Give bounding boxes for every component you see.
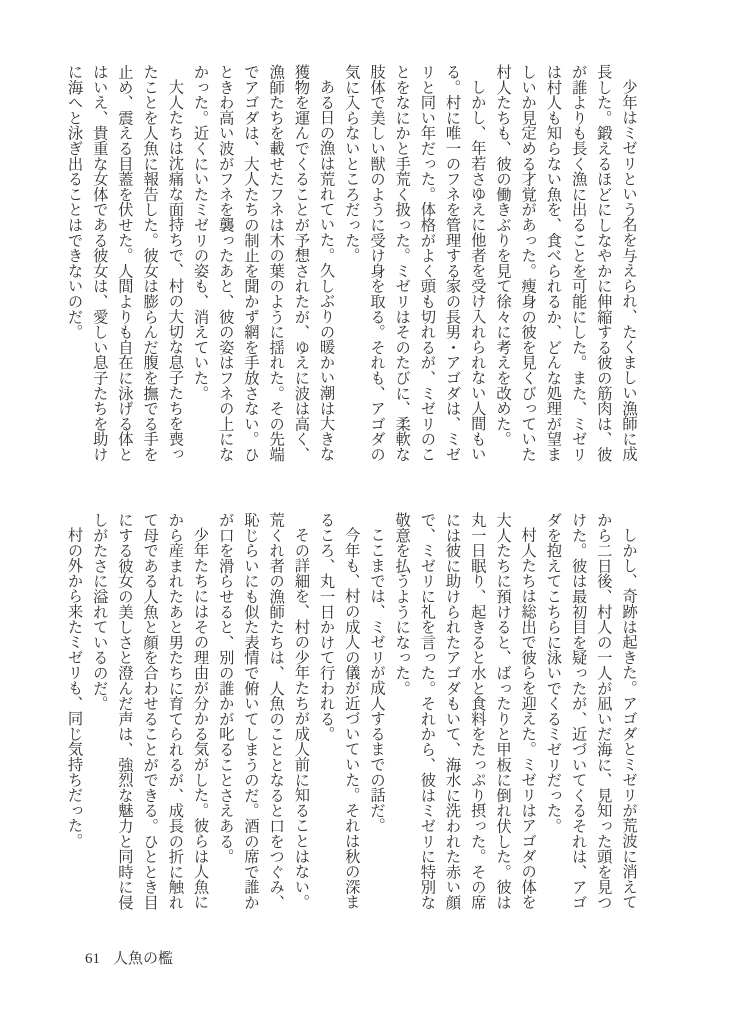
paragraph: 少年はミゼリという名を与えられ、たくましい漁師に成長した。鍛えるほどにしなやかに… <box>490 64 641 462</box>
text-block-top: 少年はミゼリという名を与えられ、たくましい漁師に成長した。鍛えるほどにしなやかに… <box>61 64 641 462</box>
running-title: 人魚の檻 <box>113 951 173 967</box>
paragraph: 村人たちは総出で彼らを迎えた。ミゼリはアゴダの体を大人たちに預けると、ばったりと… <box>389 512 540 910</box>
paragraph: ここまでは、ミゼリが成人するまでの話だ。 <box>364 512 389 910</box>
paragraph: その詳細を、村の少年たちが成人前に知ることはない。荒くれ者の漁師たちは、人魚のこ… <box>213 512 314 910</box>
paragraph: 今年も、村の成人の儀が近づいていた。それは秋の深まるころ、丸一日かけて行われる。 <box>313 512 363 910</box>
paragraph: 大人たちは沈痛な面持ちで、村の大切な息子たちを喪ったことを人魚に報告した。彼女は… <box>61 64 187 462</box>
paragraph: しかし、年若さゆえに他者を受け入れられない人間もいる。村に唯一のフネを管理する家… <box>339 64 490 462</box>
paragraph: しかし、奇跡は起きた。アゴダとミゼリが荒波に消えてから二日後、村人の一人が凪いだ… <box>540 512 641 910</box>
page-number: 61 <box>85 951 100 967</box>
paragraph: 村の外から来たミゼリも、同じ気持ちだった。 <box>61 512 86 910</box>
paragraph: ある日の漁は荒れていた。久しぶりの暖かい潮は大きな獲物を運んでくることが予想され… <box>187 64 338 462</box>
text-block-bottom: しかし、奇跡は起きた。アゴダとミゼリが荒波に消えてから二日後、村人の一人が凪いだ… <box>61 512 641 910</box>
paragraph: 少年たちにはその理由が分かる気がした。彼らは人魚にから産まれたあと男たちに育てら… <box>87 512 213 910</box>
book-page: 少年はミゼリという名を与えられ、たくましい漁師に成長した。鍛えるほどにしなやかに… <box>0 0 730 1024</box>
page-footer: 61人魚の檻 <box>85 947 173 968</box>
